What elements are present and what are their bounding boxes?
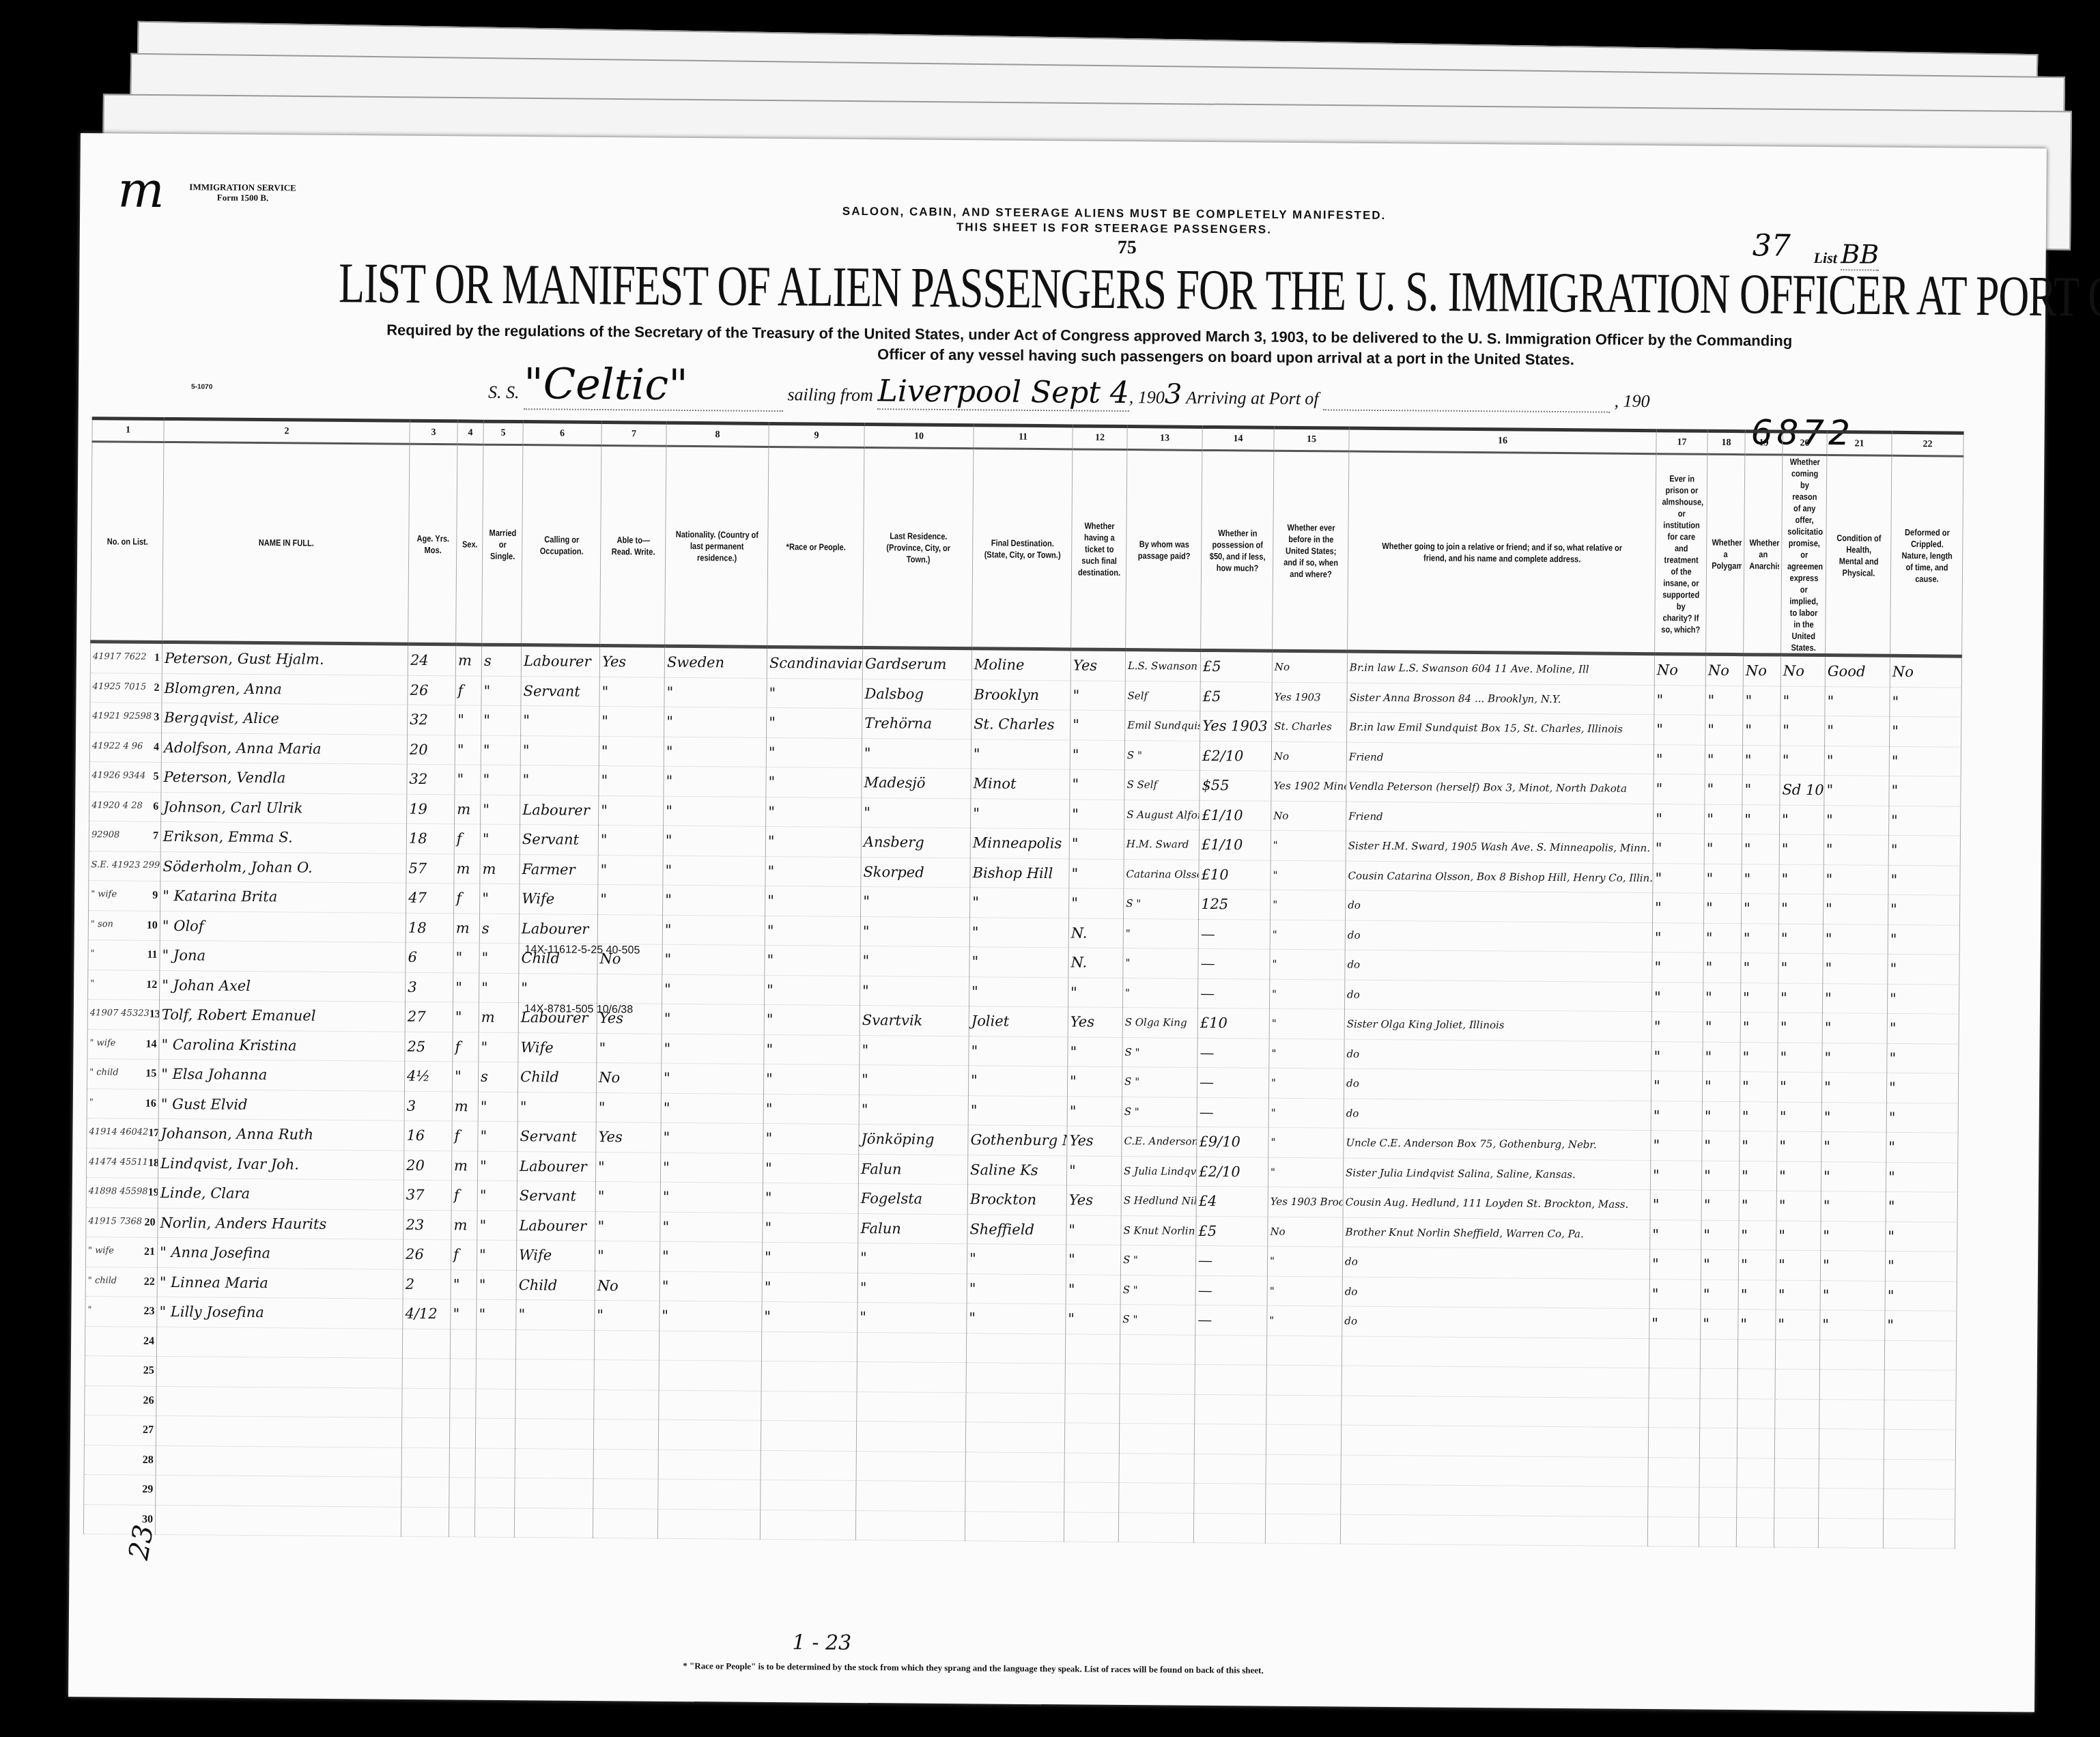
labor-contract (1774, 1458, 1819, 1488)
list-number: "23 (85, 1297, 157, 1327)
prison-almshouse (1649, 1398, 1700, 1428)
age (401, 1447, 449, 1478)
final-destination: Minot (971, 769, 1070, 800)
literacy: " (598, 884, 663, 914)
money: £5 (1200, 681, 1272, 711)
marital-status (476, 1389, 515, 1419)
passenger-name: " Jona (160, 940, 406, 972)
labor-contract: " (1778, 924, 1823, 954)
anarchist: " (1738, 1250, 1776, 1280)
sex: m (453, 913, 479, 943)
labor-contract: " (1780, 716, 1825, 746)
passage-paid-by (1120, 1394, 1195, 1424)
column-number: 19 (1745, 432, 1783, 455)
race: " (765, 916, 860, 946)
arriving-label: Arriving at Port of (1186, 388, 1319, 409)
column-number: 2 (164, 419, 410, 444)
money (1195, 1364, 1266, 1394)
anarchist (1737, 1488, 1774, 1518)
list-number: "11 (88, 940, 160, 970)
column-header: Whether in possession of $50, and if les… (1206, 450, 1268, 651)
column-header: Whether going to join a relative or frie… (1370, 451, 1633, 653)
money: £4 (1196, 1186, 1268, 1216)
money: — (1198, 948, 1270, 978)
prison-almshouse: No (1654, 654, 1705, 686)
column-number: 3 (410, 421, 457, 444)
nationality: " (663, 885, 765, 916)
marital-status: " (477, 1270, 516, 1300)
marital-status: " (480, 884, 520, 914)
column-header: Whether coming by reason of any offer, s… (1784, 455, 1824, 655)
sex: f (454, 824, 480, 854)
last-residence: Dalsbog (862, 679, 971, 709)
final-destination (965, 1422, 1064, 1453)
health-condition: " (1825, 716, 1890, 746)
anarchist: " (1739, 1161, 1776, 1191)
prison-almshouse: " (1652, 952, 1703, 983)
money: £9/10 (1197, 1127, 1268, 1157)
passenger-name: Johnson, Carl Ulrik (161, 792, 407, 823)
final-destination: St. Charles (971, 709, 1070, 740)
marital-status: " (479, 973, 519, 1003)
last-residence: Skorped (861, 857, 970, 888)
anarchist: " (1739, 1191, 1776, 1221)
register-annotation: " wife (88, 1245, 114, 1256)
money: 125 (1199, 889, 1271, 919)
handwritten-page-number: 37 (1753, 228, 1791, 263)
last-residence (856, 1451, 965, 1482)
register-annotation: 41907 45323 (90, 1008, 150, 1019)
health-condition: " (1822, 1043, 1887, 1073)
register-annotation: 41921 92598 (92, 711, 152, 722)
last-residence: Gardserum (862, 648, 971, 680)
nationality (659, 1331, 761, 1361)
joining-relative (1341, 1455, 1648, 1487)
health-condition: " (1824, 805, 1889, 835)
occupation: Servant (517, 1181, 595, 1211)
passenger-name: " Anna Josefina (157, 1237, 403, 1269)
passage-paid-by: H.M. Sward (1124, 830, 1199, 860)
page-number: 75 (1118, 237, 1137, 259)
age: 2 (403, 1269, 451, 1299)
last-residence: " (857, 1243, 967, 1273)
last-residence (857, 1361, 966, 1392)
ticket (1065, 1393, 1120, 1423)
money: — (1197, 1038, 1269, 1068)
joining-relative: Br.in law L.S. Swanson 604 11 Ave. Molin… (1347, 651, 1654, 685)
literacy (593, 1449, 658, 1479)
previous-visit: Yes 1902 Minot (1271, 771, 1346, 801)
column-number: 4 (457, 421, 483, 444)
marital-status (474, 1508, 514, 1538)
anarchist: " (1742, 864, 1779, 894)
last-residence (855, 1510, 965, 1541)
ticket: " (1067, 1067, 1122, 1097)
health-condition: " (1823, 924, 1888, 954)
deformed-crippled (1884, 1429, 1955, 1459)
column-number: 13 (1127, 427, 1202, 451)
money: £2/10 (1200, 741, 1271, 771)
sex: " (453, 972, 479, 1002)
marital-status (475, 1478, 515, 1508)
joining-relative: Brother Knut Norlin Sheffield, Warren Co… (1343, 1217, 1650, 1249)
anarchist: " (1742, 775, 1780, 805)
list-number: "16 (87, 1088, 158, 1118)
ticket: " (1068, 977, 1122, 1007)
passage-paid-by: S August Alfonso (1124, 800, 1200, 830)
occupation: Servant (521, 676, 599, 706)
deformed-crippled: " (1886, 1162, 1957, 1192)
column-number: 10 (864, 425, 974, 449)
list-number: " child15 (87, 1059, 159, 1089)
prison-almshouse: " (1654, 744, 1705, 774)
register-annotation: " child (89, 1067, 119, 1077)
deformed-crippled: " (1889, 746, 1961, 776)
polygamist: " (1705, 774, 1742, 804)
previous-visit: No (1272, 651, 1347, 682)
column-number: 21 (1827, 432, 1892, 456)
age: 4½ (404, 1061, 452, 1091)
ticket (1065, 1364, 1120, 1394)
manifest-sheet: m IMMIGRATION SERVICE Form 1500 B. SALOO… (68, 133, 2047, 1712)
column-header: Calling or Occupation. (527, 445, 595, 646)
race: " (766, 797, 862, 828)
row-number: 12 (146, 979, 157, 991)
money: £1/10 (1200, 800, 1271, 830)
age: 19 (407, 794, 455, 824)
occupation (515, 1359, 594, 1389)
passenger-name: Erikson, Emma S. (160, 821, 406, 853)
health-condition: " (1821, 1132, 1886, 1162)
column-header: Ever in prison or almshouse, or institut… (1658, 454, 1703, 654)
ticket: " (1069, 829, 1124, 859)
prison-almshouse: " (1651, 1012, 1703, 1042)
literacy: Yes (599, 645, 664, 677)
race (761, 1450, 856, 1481)
polygamist: " (1703, 983, 1740, 1013)
column-header: Whether having a ticket to such final de… (1075, 449, 1123, 650)
final-destination: Gothenburg Nebr. (968, 1125, 1067, 1156)
row-number: 22 (144, 1276, 155, 1288)
passage-paid-by: S " (1122, 1097, 1197, 1127)
list-number: " son10 (88, 910, 160, 940)
prison-almshouse: " (1654, 774, 1705, 804)
passenger-name (156, 1356, 402, 1387)
list-number: 29 (84, 1475, 156, 1505)
register-annotation: 41925 7015 (93, 681, 147, 692)
health-condition: " (1824, 864, 1888, 894)
nationality: " (660, 1182, 763, 1213)
race: " (766, 737, 862, 768)
passenger-name: Norlin, Anders Haurits (158, 1208, 403, 1239)
prison-almshouse: " (1652, 922, 1703, 952)
column-number: 8 (666, 423, 769, 447)
nationality: " (659, 1241, 762, 1272)
nationality: " (662, 944, 765, 975)
passage-paid-by: S " (1122, 1037, 1197, 1067)
row-number: 30 (142, 1514, 153, 1525)
labor-contract: " (1780, 805, 1824, 835)
final-destination: Saline Ks (967, 1155, 1066, 1185)
health-condition: " (1822, 983, 1887, 1013)
nationality: " (659, 1301, 762, 1331)
final-destination: Brockton (967, 1185, 1066, 1215)
previous-visit: " (1268, 1068, 1344, 1098)
final-destination: " (968, 1095, 1067, 1126)
sex (449, 1478, 475, 1508)
money (1194, 1454, 1266, 1484)
last-residence: Ansberg (861, 828, 970, 858)
occupation (515, 1448, 593, 1478)
passenger-name: " Carolina Kristina (159, 1030, 405, 1061)
ticket (1065, 1333, 1120, 1364)
age: 3 (404, 1091, 452, 1121)
nationality (659, 1360, 761, 1391)
ticket: " (1070, 799, 1124, 829)
health-condition: " (1821, 1191, 1886, 1221)
anarchist: " (1742, 745, 1780, 775)
labor-contract: " (1778, 1043, 1822, 1073)
deformed-crippled: " (1888, 894, 1959, 924)
row-number: 10 (147, 920, 158, 931)
marital-status: " (478, 1121, 517, 1151)
health-condition (1819, 1370, 1884, 1400)
joining-relative: Friend (1346, 802, 1654, 834)
sex (450, 1329, 476, 1359)
money (1195, 1394, 1266, 1424)
column-number: 17 (1656, 431, 1707, 455)
row-number: 24 (143, 1336, 154, 1347)
list-number: 41915 736820 (86, 1207, 158, 1237)
previous-visit (1266, 1454, 1341, 1484)
row-number: 11 (147, 949, 157, 961)
polygamist: " (1702, 1071, 1740, 1101)
occupation: Labourer (517, 1211, 595, 1241)
labor-contract: " (1777, 1102, 1821, 1132)
passenger-name: " Linnea Maria (157, 1267, 403, 1299)
literacy: " (595, 1181, 660, 1211)
row-number: 9 (152, 890, 158, 901)
column-header: Whether an Anarchist. (1746, 455, 1780, 655)
final-destination: " (969, 1036, 1068, 1067)
deformed-crippled (1883, 1519, 1955, 1549)
occupation: " (517, 1092, 596, 1122)
marital-status: " (481, 735, 520, 765)
sailing-from-value: Liverpool Sept 4 (877, 373, 1129, 412)
ticket: Yes (1068, 1007, 1122, 1037)
polygamist: " (1701, 1280, 1738, 1310)
joining-relative: do (1346, 890, 1653, 922)
previous-visit: " (1271, 830, 1346, 860)
nationality: " (660, 1212, 763, 1243)
ticket: " (1070, 710, 1125, 740)
anarchist: " (1740, 1131, 1777, 1161)
anarchist: " (1742, 804, 1780, 834)
joining-relative (1342, 1336, 1649, 1368)
joining-relative: Sister Julia Lindqvist Salina, Saline, K… (1343, 1158, 1650, 1190)
health-condition: " (1823, 954, 1888, 984)
health-condition: " (1821, 1161, 1886, 1191)
passenger-name (156, 1445, 401, 1477)
occupation: " (520, 735, 599, 765)
occupation (514, 1508, 593, 1538)
row-number: 20 (144, 1217, 155, 1228)
race: " (767, 678, 862, 709)
ticket (1064, 1423, 1119, 1453)
previous-visit: " (1268, 1127, 1344, 1157)
register-annotation: S.E. 41923 29937 (91, 860, 161, 871)
nationality: " (664, 796, 766, 827)
labor-contract: " (1776, 1191, 1821, 1221)
passage-paid-by: S " (1120, 1275, 1195, 1305)
final-destination: Joliet (969, 1006, 1068, 1037)
list-number: 41921 925983 (90, 703, 162, 733)
money: — (1195, 1245, 1267, 1275)
ticket: " (1070, 739, 1124, 769)
joining-relative: Uncle C.E. Anderson Box 75, Gothenburg, … (1344, 1128, 1651, 1160)
previous-visit: " (1267, 1305, 1342, 1336)
deformed-crippled: " (1885, 1251, 1957, 1281)
passage-paid-by (1120, 1334, 1195, 1364)
polygamist: " (1705, 686, 1743, 716)
nationality: " (664, 766, 766, 797)
nationality: " (661, 1063, 763, 1094)
occupation: Labourer (520, 795, 599, 825)
row-number: 1 (154, 652, 160, 664)
prison-almshouse: " (1653, 834, 1704, 864)
sex: m (455, 794, 481, 824)
deformed-crippled: " (1888, 954, 1959, 984)
ss-label: S. S. (488, 382, 520, 402)
race (761, 1361, 857, 1392)
row-number: 18 (148, 1157, 158, 1169)
joining-relative (1341, 1484, 1648, 1516)
literacy: No (595, 1271, 659, 1301)
occupation: Labourer (517, 1151, 595, 1181)
register-annotation: " wife (91, 889, 117, 899)
column-header: Sex. (457, 444, 481, 645)
column-header: Last Residence. (Province, City, or Town… (871, 448, 965, 649)
polygamist: " (1701, 1220, 1739, 1250)
passage-paid-by (1120, 1364, 1195, 1394)
list-number: 41898 4559819 (86, 1178, 158, 1208)
marital-status: " (477, 1151, 517, 1181)
nationality: " (662, 974, 765, 1005)
ticket: Yes (1066, 1185, 1121, 1215)
health-condition: " (1820, 1310, 1885, 1340)
column-header: Condition of Health, Mental and Physical… (1830, 455, 1887, 656)
column-header: NAME IN FULL. (181, 442, 391, 644)
prison-almshouse (1649, 1338, 1700, 1368)
deformed-crippled (1884, 1488, 1955, 1519)
labor-contract: " (1776, 1161, 1821, 1191)
race: " (763, 1213, 858, 1243)
prison-almshouse: " (1654, 804, 1705, 834)
money: £10 (1197, 1008, 1269, 1038)
occupation: Labourer (521, 645, 599, 677)
anarchist (1737, 1369, 1775, 1399)
polygamist (1700, 1368, 1737, 1398)
row-number: 5 (154, 771, 159, 782)
previous-visit: No (1271, 801, 1346, 831)
marital-status: " (479, 943, 519, 973)
passenger-name: " Johan Axel (160, 970, 406, 1002)
age (401, 1417, 449, 1447)
ticket (1064, 1512, 1118, 1542)
literacy (593, 1419, 658, 1449)
sailing-from-label: sailing from (787, 384, 873, 405)
literacy: " (599, 795, 664, 825)
final-destination (966, 1333, 1065, 1364)
polygamist: " (1701, 1309, 1738, 1339)
passage-paid-by (1119, 1453, 1194, 1483)
literacy: " (595, 1152, 660, 1182)
marital-status: " (481, 676, 521, 706)
occupation: Labourer (519, 914, 597, 944)
passage-paid-by: S Self (1124, 770, 1200, 800)
money: — (1195, 1275, 1267, 1305)
passenger-name: Peterson, Vendla (161, 762, 407, 793)
sex (449, 1507, 474, 1537)
polygamist: " (1704, 864, 1742, 894)
passage-paid-by: S " (1120, 1305, 1195, 1335)
list-number: 26 (85, 1385, 156, 1415)
last-residence: " (860, 1035, 969, 1066)
list-number: 28 (84, 1445, 156, 1475)
register-annotation: " wife (89, 1038, 115, 1048)
final-destination: " (968, 1066, 1067, 1097)
sex: " (453, 1002, 479, 1032)
prison-almshouse: " (1651, 1131, 1702, 1161)
labor-contract: " (1779, 864, 1824, 894)
race-footnote: * "Race or People" is to be determined b… (683, 1661, 1263, 1676)
prison-almshouse: " (1650, 1160, 1701, 1190)
column-header: *Race or People. (774, 447, 857, 648)
literacy: Yes (596, 1122, 661, 1152)
literacy (594, 1389, 659, 1420)
passage-paid-by: S Hedlund Nilson (1121, 1186, 1196, 1216)
sex: f (451, 1240, 477, 1270)
final-destination (965, 1452, 1064, 1482)
column-number: 6 (523, 422, 601, 446)
deformed-crippled: " (1886, 1103, 1958, 1133)
deformed-crippled: " (1886, 1132, 1958, 1162)
marital-status: " (481, 765, 520, 795)
deformed-crippled: " (1887, 1043, 1959, 1073)
final-destination (965, 1511, 1064, 1542)
labor-contract: " (1776, 1250, 1820, 1280)
stamp-annotation: 14X-8781-505 10/6/38 (597, 1003, 634, 1004)
joining-relative: do (1342, 1277, 1649, 1309)
money: £10 (1199, 860, 1271, 890)
labor-contract: " (1778, 983, 1822, 1013)
print-code: 5-1070 (191, 383, 212, 391)
last-residence: " (857, 1273, 967, 1303)
final-destination (966, 1392, 1065, 1423)
joining-relative: do (1342, 1247, 1649, 1279)
last-residence: " (860, 916, 969, 947)
list-number: 41925 70152 (90, 673, 162, 703)
register-annotation: 41917 7622 (93, 651, 147, 662)
deformed-crippled: No (1890, 655, 1961, 687)
row-number: 19 (148, 1187, 158, 1198)
joining-relative: Friend (1346, 742, 1654, 774)
register-annotation: 41920 4 28 (91, 800, 143, 811)
nationality: " (664, 707, 767, 737)
ticket: " (1069, 888, 1124, 918)
corner-mark: m (117, 160, 165, 218)
age (401, 1507, 449, 1537)
